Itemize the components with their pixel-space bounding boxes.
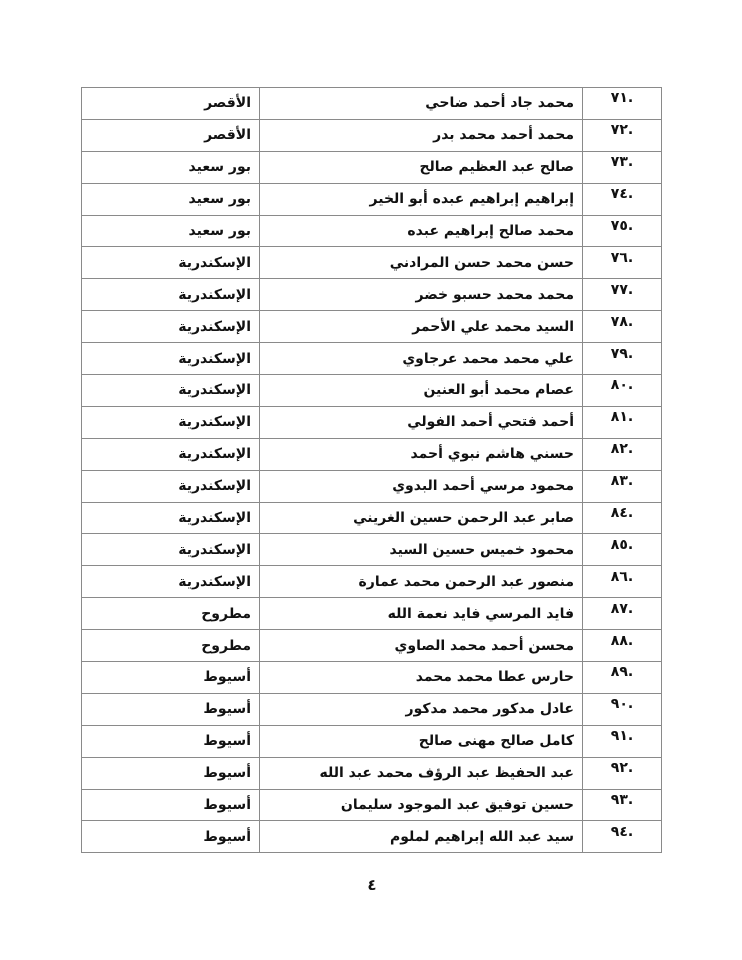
governorate-cell: مطروح <box>82 630 260 662</box>
governorate-cell: بور سعيد <box>82 215 260 247</box>
row-number-cell: .٨٦ <box>583 566 662 598</box>
person-name-cell: حارس عطا محمد محمد <box>260 662 583 694</box>
governorate-cell: الإسكندرية <box>82 311 260 343</box>
row-number-cell: .٨١ <box>583 406 662 438</box>
row-number-cell: .٨٧ <box>583 598 662 630</box>
table-row: .٩٢عبد الحفيظ عبد الرؤف محمد عبد اللهأسي… <box>82 757 662 789</box>
row-number-cell: .٧١ <box>583 88 662 120</box>
governorate-cell: أسيوط <box>82 757 260 789</box>
table-row: .٧٧محمد محمد حسبو خضرالإسكندرية <box>82 279 662 311</box>
row-number-cell: .٨٣ <box>583 470 662 502</box>
governorate-cell: الإسكندرية <box>82 247 260 279</box>
row-number: .٨٩ <box>611 665 633 679</box>
row-number: .٨١ <box>611 410 633 424</box>
row-number-cell: .٧٣ <box>583 151 662 183</box>
person-name-cell: عصام محمد أبو العنين <box>260 375 583 407</box>
table-row: .٨٦منصور عبد الرحمن محمد عمارةالإسكندرية <box>82 566 662 598</box>
row-number: .٩١ <box>611 729 633 743</box>
person-name-cell: السيد محمد علي الأحمر <box>260 311 583 343</box>
governorate-cell: مطروح <box>82 598 260 630</box>
table-row: .٩٠عادل مدكور محمد مدكورأسيوط <box>82 693 662 725</box>
row-number-cell: .٧٦ <box>583 247 662 279</box>
person-name-cell: علي محمد محمد عرجاوي <box>260 343 583 375</box>
row-number: .٩٢ <box>611 761 633 775</box>
governorate-cell: الإسكندرية <box>82 566 260 598</box>
page-number: ٤ <box>362 876 382 894</box>
table-row: .٧٨السيد محمد علي الأحمرالإسكندرية <box>82 311 662 343</box>
table-row: .٧٥محمد صالح إبراهيم عبدهبور سعيد <box>82 215 662 247</box>
table-row: .٧٩علي محمد محمد عرجاويالإسكندرية <box>82 343 662 375</box>
person-name-cell: محمود مرسي أحمد البدوي <box>260 470 583 502</box>
row-number: .٧٦ <box>611 251 633 265</box>
row-number: .٧١ <box>611 91 633 105</box>
row-number-cell: .٨٢ <box>583 438 662 470</box>
row-number: .٩٣ <box>611 793 633 807</box>
person-name-cell: منصور عبد الرحمن محمد عمارة <box>260 566 583 598</box>
governorate-cell: الإسكندرية <box>82 343 260 375</box>
row-number-cell: .٩٢ <box>583 757 662 789</box>
row-number: .٩٠ <box>611 697 633 711</box>
person-name-cell: محمد محمد حسبو خضر <box>260 279 583 311</box>
person-name-cell: عبد الحفيظ عبد الرؤف محمد عبد الله <box>260 757 583 789</box>
governorate-cell: أسيوط <box>82 725 260 757</box>
row-number: .٧٤ <box>611 187 633 201</box>
row-number-cell: .٩٣ <box>583 789 662 821</box>
table-row: .٧٦حسن محمد حسن المرادنيالإسكندرية <box>82 247 662 279</box>
table-row: .٧٢محمد أحمد محمد بدرالأقصر <box>82 119 662 151</box>
person-name-cell: محسن أحمد محمد الصاوي <box>260 630 583 662</box>
row-number: .٨٣ <box>611 474 633 488</box>
governorate-cell: أسيوط <box>82 789 260 821</box>
row-number-cell: .٩٠ <box>583 693 662 725</box>
table-row: .٨٠عصام محمد أبو العنينالإسكندرية <box>82 375 662 407</box>
person-name-cell: محمود خميس حسين السيد <box>260 534 583 566</box>
person-name-cell: محمد جاد أحمد ضاحي <box>260 88 583 120</box>
row-number: .٧٢ <box>611 123 633 137</box>
person-name-cell: أحمد فتحي أحمد الفولي <box>260 406 583 438</box>
row-number: .٨٨ <box>611 634 633 648</box>
row-number-cell: .٧٥ <box>583 215 662 247</box>
row-number-cell: .٧٤ <box>583 183 662 215</box>
governorate-cell: بور سعيد <box>82 183 260 215</box>
person-name-cell: حسني هاشم نبوي أحمد <box>260 438 583 470</box>
row-number: .٨٤ <box>611 506 633 520</box>
row-number: .٨٠ <box>611 378 633 392</box>
row-number-cell: .٧٢ <box>583 119 662 151</box>
row-number-cell: .٩٤ <box>583 821 662 853</box>
person-name-cell: كامل صالح مهنى صالح <box>260 725 583 757</box>
person-name-cell: فايد المرسي فايد نعمة الله <box>260 598 583 630</box>
row-number: .٨٧ <box>611 602 633 616</box>
governorate-cell: أسيوط <box>82 693 260 725</box>
table-row: .٨٢حسني هاشم نبوي أحمدالإسكندرية <box>82 438 662 470</box>
governorate-cell: الإسكندرية <box>82 375 260 407</box>
table-row: .٩٣حسين توفيق عبد الموجود سليمانأسيوط <box>82 789 662 821</box>
table-row: .٨٧فايد المرسي فايد نعمة اللهمطروح <box>82 598 662 630</box>
person-name-cell: سيد عبد الله إبراهيم لملوم <box>260 821 583 853</box>
table-row: .٨١أحمد فتحي أحمد الفوليالإسكندرية <box>82 406 662 438</box>
row-number: .٧٥ <box>611 219 633 233</box>
table-row: .٧٣صالح عبد العظيم صالحبور سعيد <box>82 151 662 183</box>
governorate-cell: أسيوط <box>82 821 260 853</box>
table-row: .٨٥محمود خميس حسين السيدالإسكندرية <box>82 534 662 566</box>
governorate-cell: الإسكندرية <box>82 438 260 470</box>
row-number-cell: .٨٨ <box>583 630 662 662</box>
row-number: .٨٥ <box>611 538 633 552</box>
person-name-cell: صابر عبد الرحمن حسين الغريني <box>260 502 583 534</box>
row-number: .٨٦ <box>611 570 633 584</box>
table-row: .٨٤صابر عبد الرحمن حسين الغرينيالإسكندري… <box>82 502 662 534</box>
row-number-cell: .٨٤ <box>583 502 662 534</box>
table-row: .٧٤إبراهيم إبراهيم عبده أبو الخيربور سعي… <box>82 183 662 215</box>
person-name-cell: محمد أحمد محمد بدر <box>260 119 583 151</box>
governorate-cell: الأقصر <box>82 119 260 151</box>
row-number-cell: .٨٠ <box>583 375 662 407</box>
row-number-cell: .٧٨ <box>583 311 662 343</box>
row-number-cell: .٩١ <box>583 725 662 757</box>
governorate-cell: الإسكندرية <box>82 502 260 534</box>
person-name-cell: عادل مدكور محمد مدكور <box>260 693 583 725</box>
person-name-cell: إبراهيم إبراهيم عبده أبو الخير <box>260 183 583 215</box>
governorate-cell: الإسكندرية <box>82 470 260 502</box>
governorate-cell: الإسكندرية <box>82 406 260 438</box>
row-number: .٧٩ <box>611 347 633 361</box>
person-name-cell: محمد صالح إبراهيم عبده <box>260 215 583 247</box>
person-name-cell: حسن محمد حسن المرادني <box>260 247 583 279</box>
governorate-cell: الأقصر <box>82 88 260 120</box>
row-number-cell: .٧٧ <box>583 279 662 311</box>
governorate-cell: بور سعيد <box>82 151 260 183</box>
row-number: .٩٤ <box>611 825 633 839</box>
row-number: .٧٣ <box>611 155 633 169</box>
names-table: .٧١محمد جاد أحمد ضاحيالأقصر.٧٢محمد أحمد … <box>81 87 662 853</box>
row-number: .٧٨ <box>611 315 633 329</box>
names-table-body: .٧١محمد جاد أحمد ضاحيالأقصر.٧٢محمد أحمد … <box>82 88 662 853</box>
table-row: .٩١كامل صالح مهنى صالحأسيوط <box>82 725 662 757</box>
governorate-cell: الإسكندرية <box>82 279 260 311</box>
person-name-cell: صالح عبد العظيم صالح <box>260 151 583 183</box>
table-row: .٨٩حارس عطا محمد محمدأسيوط <box>82 662 662 694</box>
document-page: .٧١محمد جاد أحمد ضاحيالأقصر.٧٢محمد أحمد … <box>0 0 742 960</box>
row-number-cell: .٨٩ <box>583 662 662 694</box>
table-row: .٧١محمد جاد أحمد ضاحيالأقصر <box>82 88 662 120</box>
table-row: .٨٨محسن أحمد محمد الصاويمطروح <box>82 630 662 662</box>
governorate-cell: أسيوط <box>82 662 260 694</box>
row-number: .٧٧ <box>611 283 633 297</box>
table-row: .٩٤سيد عبد الله إبراهيم لملومأسيوط <box>82 821 662 853</box>
row-number-cell: .٨٥ <box>583 534 662 566</box>
table-row: .٨٣محمود مرسي أحمد البدويالإسكندرية <box>82 470 662 502</box>
row-number: .٨٢ <box>611 442 633 456</box>
governorate-cell: الإسكندرية <box>82 534 260 566</box>
person-name-cell: حسين توفيق عبد الموجود سليمان <box>260 789 583 821</box>
row-number-cell: .٧٩ <box>583 343 662 375</box>
